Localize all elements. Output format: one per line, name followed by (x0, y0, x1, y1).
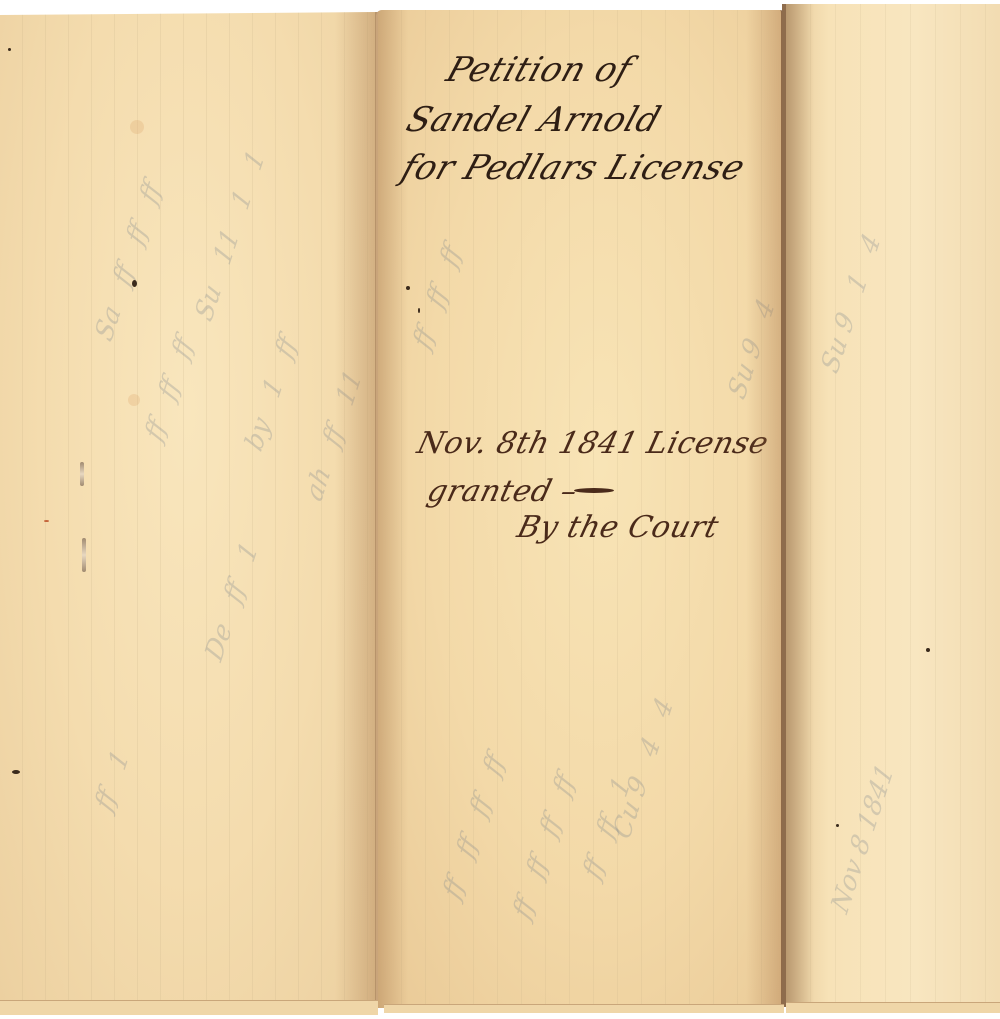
bleed-through-text: ff 1 (90, 714, 146, 817)
bleed-through-text: ff ff ff (140, 332, 199, 446)
stain (130, 120, 144, 134)
docket-title-line-1: Petition of (442, 50, 637, 90)
bleed-through-text: Su 9 4 (723, 294, 781, 404)
stain (128, 394, 140, 406)
ink-speck (12, 770, 20, 774)
endorsement-court-line: By the Court (514, 510, 723, 545)
ink-speck (836, 824, 839, 827)
ink-speck (418, 308, 420, 313)
bleed-through-text: Cu 9 4 4 (608, 693, 679, 844)
center-docket-panel: ff ff ff ff ff ff ff ff ff ff ff ff ff 1… (376, 10, 784, 1008)
bleed-through-text: ff ff ff ff (508, 769, 581, 924)
ink-speck (44, 520, 49, 522)
document-scan: Sa ff ff ff ff ff ff Su 11 1 1 by 1 ff a… (0, 0, 1000, 1019)
bleed-through-text: De ff 1 (200, 537, 264, 666)
ink-speck (132, 280, 137, 287)
bleed-through-text: ah ff 11 (300, 365, 368, 506)
docket-petitioner-name: Sandel Arnold (402, 100, 666, 140)
pin-hole (80, 462, 84, 486)
flourish-dash (574, 488, 614, 493)
bottom-fold-edge (786, 1002, 1000, 1013)
bleed-through-text: Sa ff ff ff (90, 177, 167, 346)
bleed-through-faint-date: Nov 8 1841 (826, 759, 900, 918)
ink-speck (8, 48, 11, 51)
right-fold-panel: Su 9 1 4 Nov 8 1841 (782, 4, 1000, 1007)
ink-speck (926, 648, 930, 652)
endorsement-date-line: Nov. 8th 1841 License (414, 426, 772, 461)
docket-subject-line: for Pedlars License (397, 148, 751, 188)
bleed-through-text: Su 9 1 4 (816, 229, 887, 378)
bleed-through-text: ff ff ff (408, 240, 467, 354)
bleed-through-text: by 1 ff (240, 332, 303, 457)
bottom-fold-edge (0, 1000, 378, 1015)
left-fold-panel: Sa ff ff ff ff ff ff Su 11 1 1 by 1 ff a… (0, 12, 378, 1007)
ink-speck (406, 286, 410, 290)
pin-hole (82, 538, 86, 572)
bottom-fold-edge (384, 1004, 784, 1013)
bleed-through-text: ff ff ff ff (438, 749, 511, 904)
endorsement-granted-line: granted – (424, 474, 582, 509)
bleed-through-text: Su 11 1 1 (190, 145, 271, 326)
